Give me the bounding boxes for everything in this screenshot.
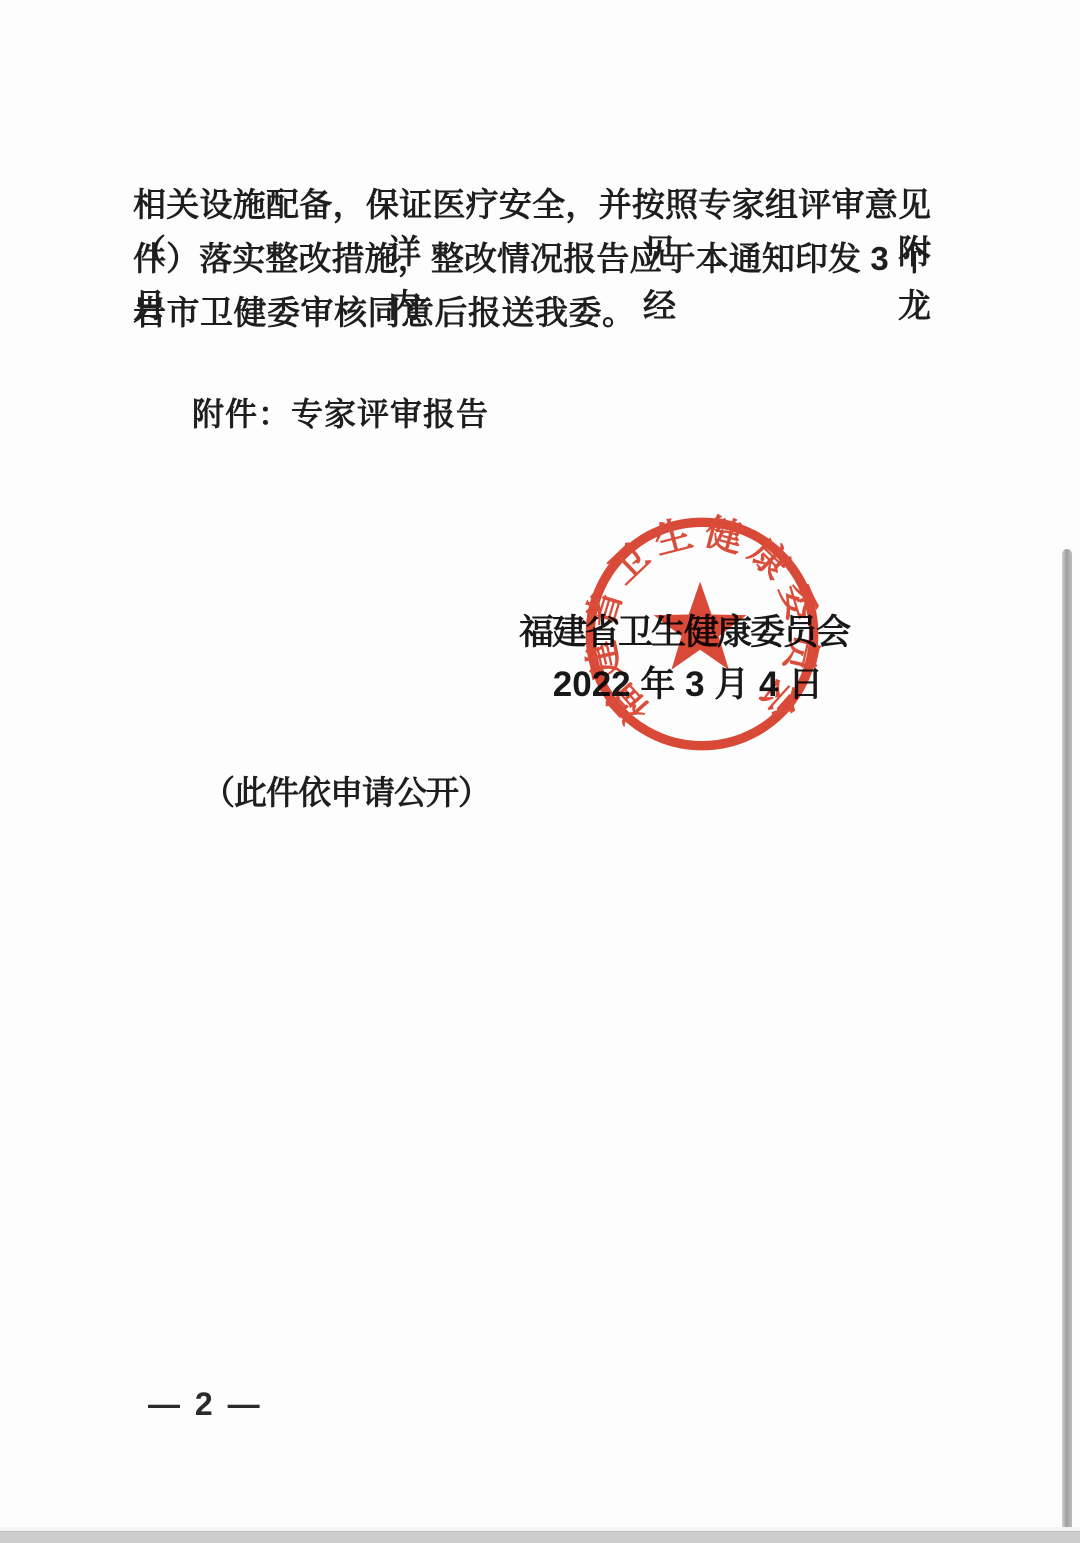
- issue-date: 2022 年 3 月 4 日: [378, 657, 998, 707]
- document-page: 相关设施配备，保证医疗安全，并按照专家组评审意见（详见附 件）落实整改措施，整改…: [0, 0, 1080, 1543]
- attachment-reference: 附件：专家评审报告: [192, 389, 489, 435]
- issuing-authority-signature: 福建省卫生健康委员会: [374, 605, 994, 655]
- body-paragraph-line: 岩市卫健委审核同意后报送我委。: [133, 287, 931, 334]
- scrollbar-thumb[interactable]: [1062, 549, 1072, 1543]
- viewer-bottom-edge: [0, 1531, 1080, 1543]
- disclosure-note: （此件依申请公开）: [202, 767, 490, 814]
- page-number: — 2 —: [148, 1386, 263, 1423]
